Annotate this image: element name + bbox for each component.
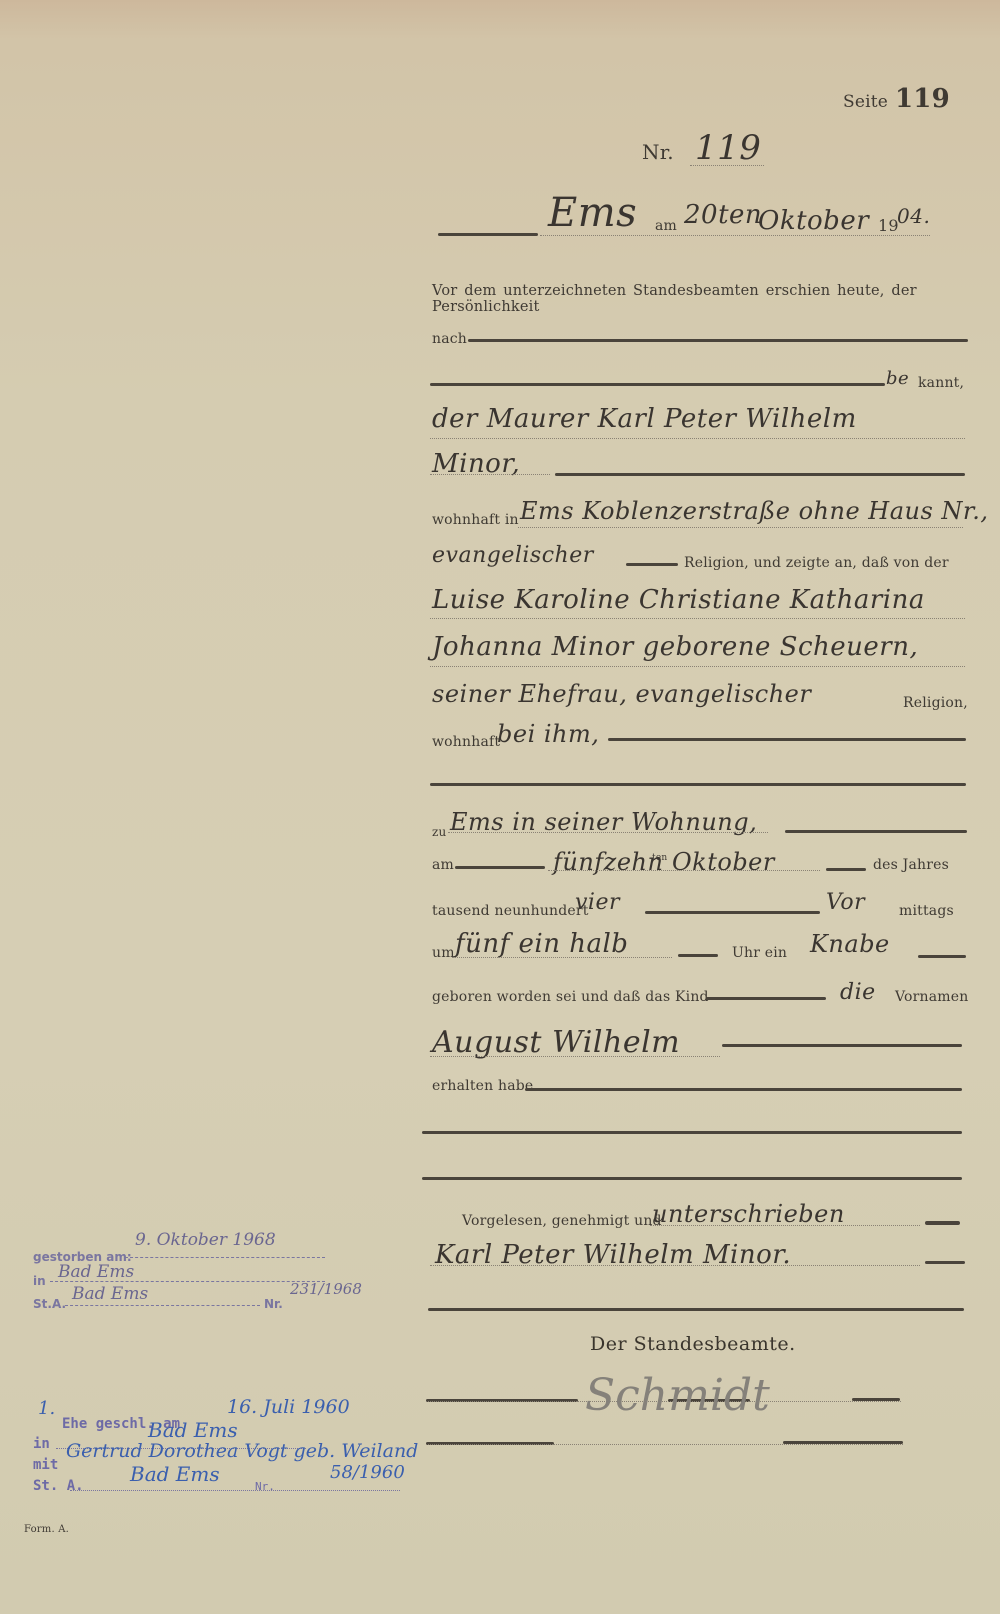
- stamp-line: [50, 1281, 325, 1282]
- form-rule: [925, 1261, 965, 1264]
- form-rule: [422, 1131, 962, 1134]
- entry-label: Nr.: [642, 140, 674, 164]
- page-label: Seite: [843, 92, 888, 112]
- am-label-2: am: [432, 857, 454, 873]
- dotline: [518, 527, 963, 528]
- birth-day: fünfzehn: [553, 848, 663, 876]
- mother-line-2: Johanna Minor geborene Scheuern,: [432, 632, 918, 662]
- form-label: Form. A.: [24, 1524, 69, 1535]
- informant-residence: Ems Koblenzerstraße ohne Haus Nr.,: [520, 497, 989, 525]
- marriage-mit-value: Gertrud Dorothea Vogt geb. Weiland: [66, 1440, 418, 1462]
- mother-residence: bei ihm,: [497, 720, 599, 748]
- marriage-nr-value: 58/1960: [330, 1462, 405, 1483]
- informant-religion: evangelischer: [432, 543, 594, 568]
- form-rule: [918, 955, 966, 958]
- registration-day: 20ten: [684, 200, 762, 230]
- death-nr-label: Nr.: [264, 1297, 283, 1311]
- unterschrieben-value: unterschrieben: [652, 1200, 845, 1228]
- intro-text: Vor dem unterzeichneten Standesbeamten e…: [432, 283, 1000, 315]
- stamp-line: [65, 1305, 260, 1306]
- death-sta-value: Bad Ems: [72, 1284, 148, 1304]
- mittags-label: mittags: [899, 903, 954, 919]
- form-rule: [422, 1177, 962, 1180]
- um-label: um: [432, 945, 455, 961]
- dotline: [452, 957, 672, 958]
- married-value: 16. Juli 1960: [227, 1396, 350, 1418]
- mother-line-1: Luise Karoline Christiane Katharina: [432, 585, 925, 615]
- ten-suffix: ten: [652, 853, 667, 863]
- registration-month: Oktober: [758, 206, 869, 236]
- form-rule: [826, 868, 866, 871]
- religion-label-2: Religion,: [903, 695, 968, 711]
- form-rule: [428, 1308, 964, 1311]
- form-rule: [555, 473, 965, 476]
- marriage-in-label: in: [33, 1436, 50, 1452]
- form-rule: [925, 1221, 960, 1225]
- marriage-sta-label: St. A.: [33, 1478, 84, 1494]
- marriage-mit-label: mit: [33, 1457, 58, 1473]
- geboren-text: geboren worden sei und daß das Kind: [432, 989, 709, 1005]
- death-in-value: Bad Ems: [58, 1262, 134, 1282]
- dotline: [430, 666, 965, 667]
- form-rule: [430, 383, 885, 386]
- wohnhaft-label: wohnhaft in: [432, 512, 519, 528]
- dotline: [448, 832, 768, 833]
- am-label: am: [655, 218, 677, 234]
- wohnhaft-label-2: wohnhaft: [432, 734, 500, 750]
- death-sta-label: St.A.: [33, 1297, 66, 1311]
- entry-number-dotline: [690, 165, 764, 166]
- year-prefix: 19: [878, 216, 899, 235]
- informant-line-1: der Maurer Karl Peter Wilhelm: [432, 404, 857, 434]
- dotline: [430, 474, 550, 475]
- zu-label: zu: [432, 825, 446, 839]
- marriage-in-value: Bad Ems: [148, 1418, 238, 1442]
- entry-number: 119: [695, 128, 761, 168]
- bekannt-label: kannt,: [918, 375, 964, 391]
- dotline: [430, 618, 965, 619]
- form-rule: [525, 1088, 962, 1091]
- form-rule: [430, 783, 966, 786]
- died-value: 9. Oktober 1968: [135, 1230, 276, 1250]
- form-rule: [468, 339, 968, 342]
- year-suffix: 04.: [897, 204, 930, 228]
- child-names: August Wilhelm: [432, 1025, 680, 1060]
- erhalten-label: erhalten habe.: [432, 1078, 538, 1094]
- vorgelesen-label: Vorgelesen, genehmigt und: [462, 1213, 662, 1229]
- form-rule: [678, 954, 718, 957]
- uhr-ein-label: Uhr ein: [732, 945, 787, 961]
- marriage-nr-label: Nr.: [255, 1480, 275, 1493]
- dotline: [430, 1056, 720, 1057]
- form-rule: [438, 233, 538, 236]
- vornamen-label: Vornamen: [895, 989, 969, 1005]
- form-rule: [626, 563, 678, 566]
- nach-label: nach: [432, 331, 467, 347]
- form-rule: [785, 830, 967, 833]
- form-rule: [722, 1044, 962, 1047]
- marriage-sta-value: Bad Ems: [130, 1462, 220, 1486]
- religion-text: Religion, und zeigte an, daß von der: [684, 555, 949, 571]
- form-rule: [706, 997, 826, 1000]
- stamp-line: [70, 1490, 400, 1491]
- form-rule: [608, 738, 966, 741]
- birth-month: Oktober: [672, 848, 775, 876]
- mother-line-3: seiner Ehefrau, evangelischer: [432, 680, 811, 708]
- official-title: Der Standesbeamte.: [590, 1333, 796, 1355]
- tausend-label: tausend neunhundert: [432, 903, 589, 919]
- dotline: [426, 1444, 903, 1445]
- birth-time: fünf ein halb: [455, 929, 628, 959]
- official-signature: Schmidt: [585, 1370, 770, 1421]
- birth-year-word: vier: [575, 890, 620, 915]
- vor-nach: Vor: [826, 890, 865, 915]
- page-number: 119: [895, 84, 950, 114]
- death-in-label: in: [33, 1274, 46, 1288]
- registration-place: Ems: [548, 190, 637, 236]
- form-rule: [455, 866, 545, 869]
- bekannt-prefix: be: [886, 368, 909, 389]
- marriage-ordinal: 1.: [38, 1398, 55, 1419]
- die-value: die: [840, 980, 876, 1005]
- death-nr-value: 231/1968: [290, 1280, 362, 1298]
- child-sex: Knabe: [810, 930, 890, 958]
- dotline: [650, 1225, 920, 1226]
- dotline: [548, 870, 820, 871]
- dotline: [430, 1265, 920, 1266]
- des-jahres-label: des Jahres: [873, 857, 949, 873]
- form-rule: [645, 911, 820, 914]
- dotline: [430, 438, 965, 439]
- stamp-line: [125, 1257, 325, 1258]
